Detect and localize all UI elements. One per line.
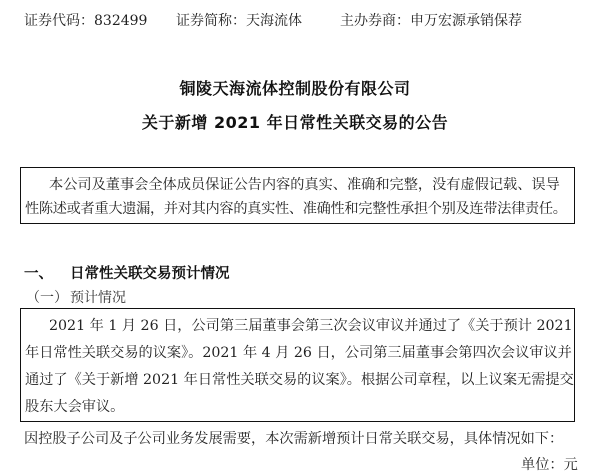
unit-label: 单位：元: [521, 456, 578, 474]
disclaimer-box: 本公司及董事会全体成员保证公告内容的真实、准确和完整，没有虚假记载、误导 性陈述…: [20, 167, 575, 224]
section-title: 日常性关联交易预计情况: [70, 262, 230, 283]
company-title: 铜陵天海流体控制股份有限公司: [0, 76, 590, 99]
stock-short-name: 证券简称：天海流体: [176, 12, 302, 30]
sponsor-broker: 主办券商：申万宏源承销保荐: [340, 12, 522, 30]
forecast-line-4: 股东大会审议。: [25, 398, 124, 416]
forecast-line-2: 年日常性关联交易的议案》。2021 年 4 月 26 日，公司第三届董事会第四次…: [25, 344, 572, 362]
stock-code: 证券代码：832499: [24, 12, 147, 30]
section-number: 一、: [24, 262, 53, 283]
announcement-title: 关于新增 2021 年日常性关联交易的公告: [0, 110, 590, 133]
forecast-box: 2021 年 1 月 26 日，公司第三届董事会第三次会议审议并通过了《关于预计…: [20, 308, 575, 422]
subsection-title: 预计情况: [70, 287, 126, 307]
forecast-line-3: 通过了《关于新增 2021 年日常性关联交易的议案》。根据公司章程，以上议案无需…: [25, 371, 574, 389]
body-paragraph: 因控股子公司及子公司业务发展需要，本次需新增预计日常关联交易，具体情况如下：: [24, 430, 563, 448]
disclaimer-line-2: 性陈述或者重大遗漏，并对其内容的真实性、准确性和完整性承担个别及连带法律责任。: [25, 200, 567, 218]
forecast-line-1: 2021 年 1 月 26 日，公司第三届董事会第三次会议审议并通过了《关于预计…: [49, 317, 573, 335]
disclaimer-line-1: 本公司及董事会全体成员保证公告内容的真实、准确和完整，没有虚假记载、误导: [49, 176, 560, 194]
subsection-number: （一）: [26, 287, 68, 307]
